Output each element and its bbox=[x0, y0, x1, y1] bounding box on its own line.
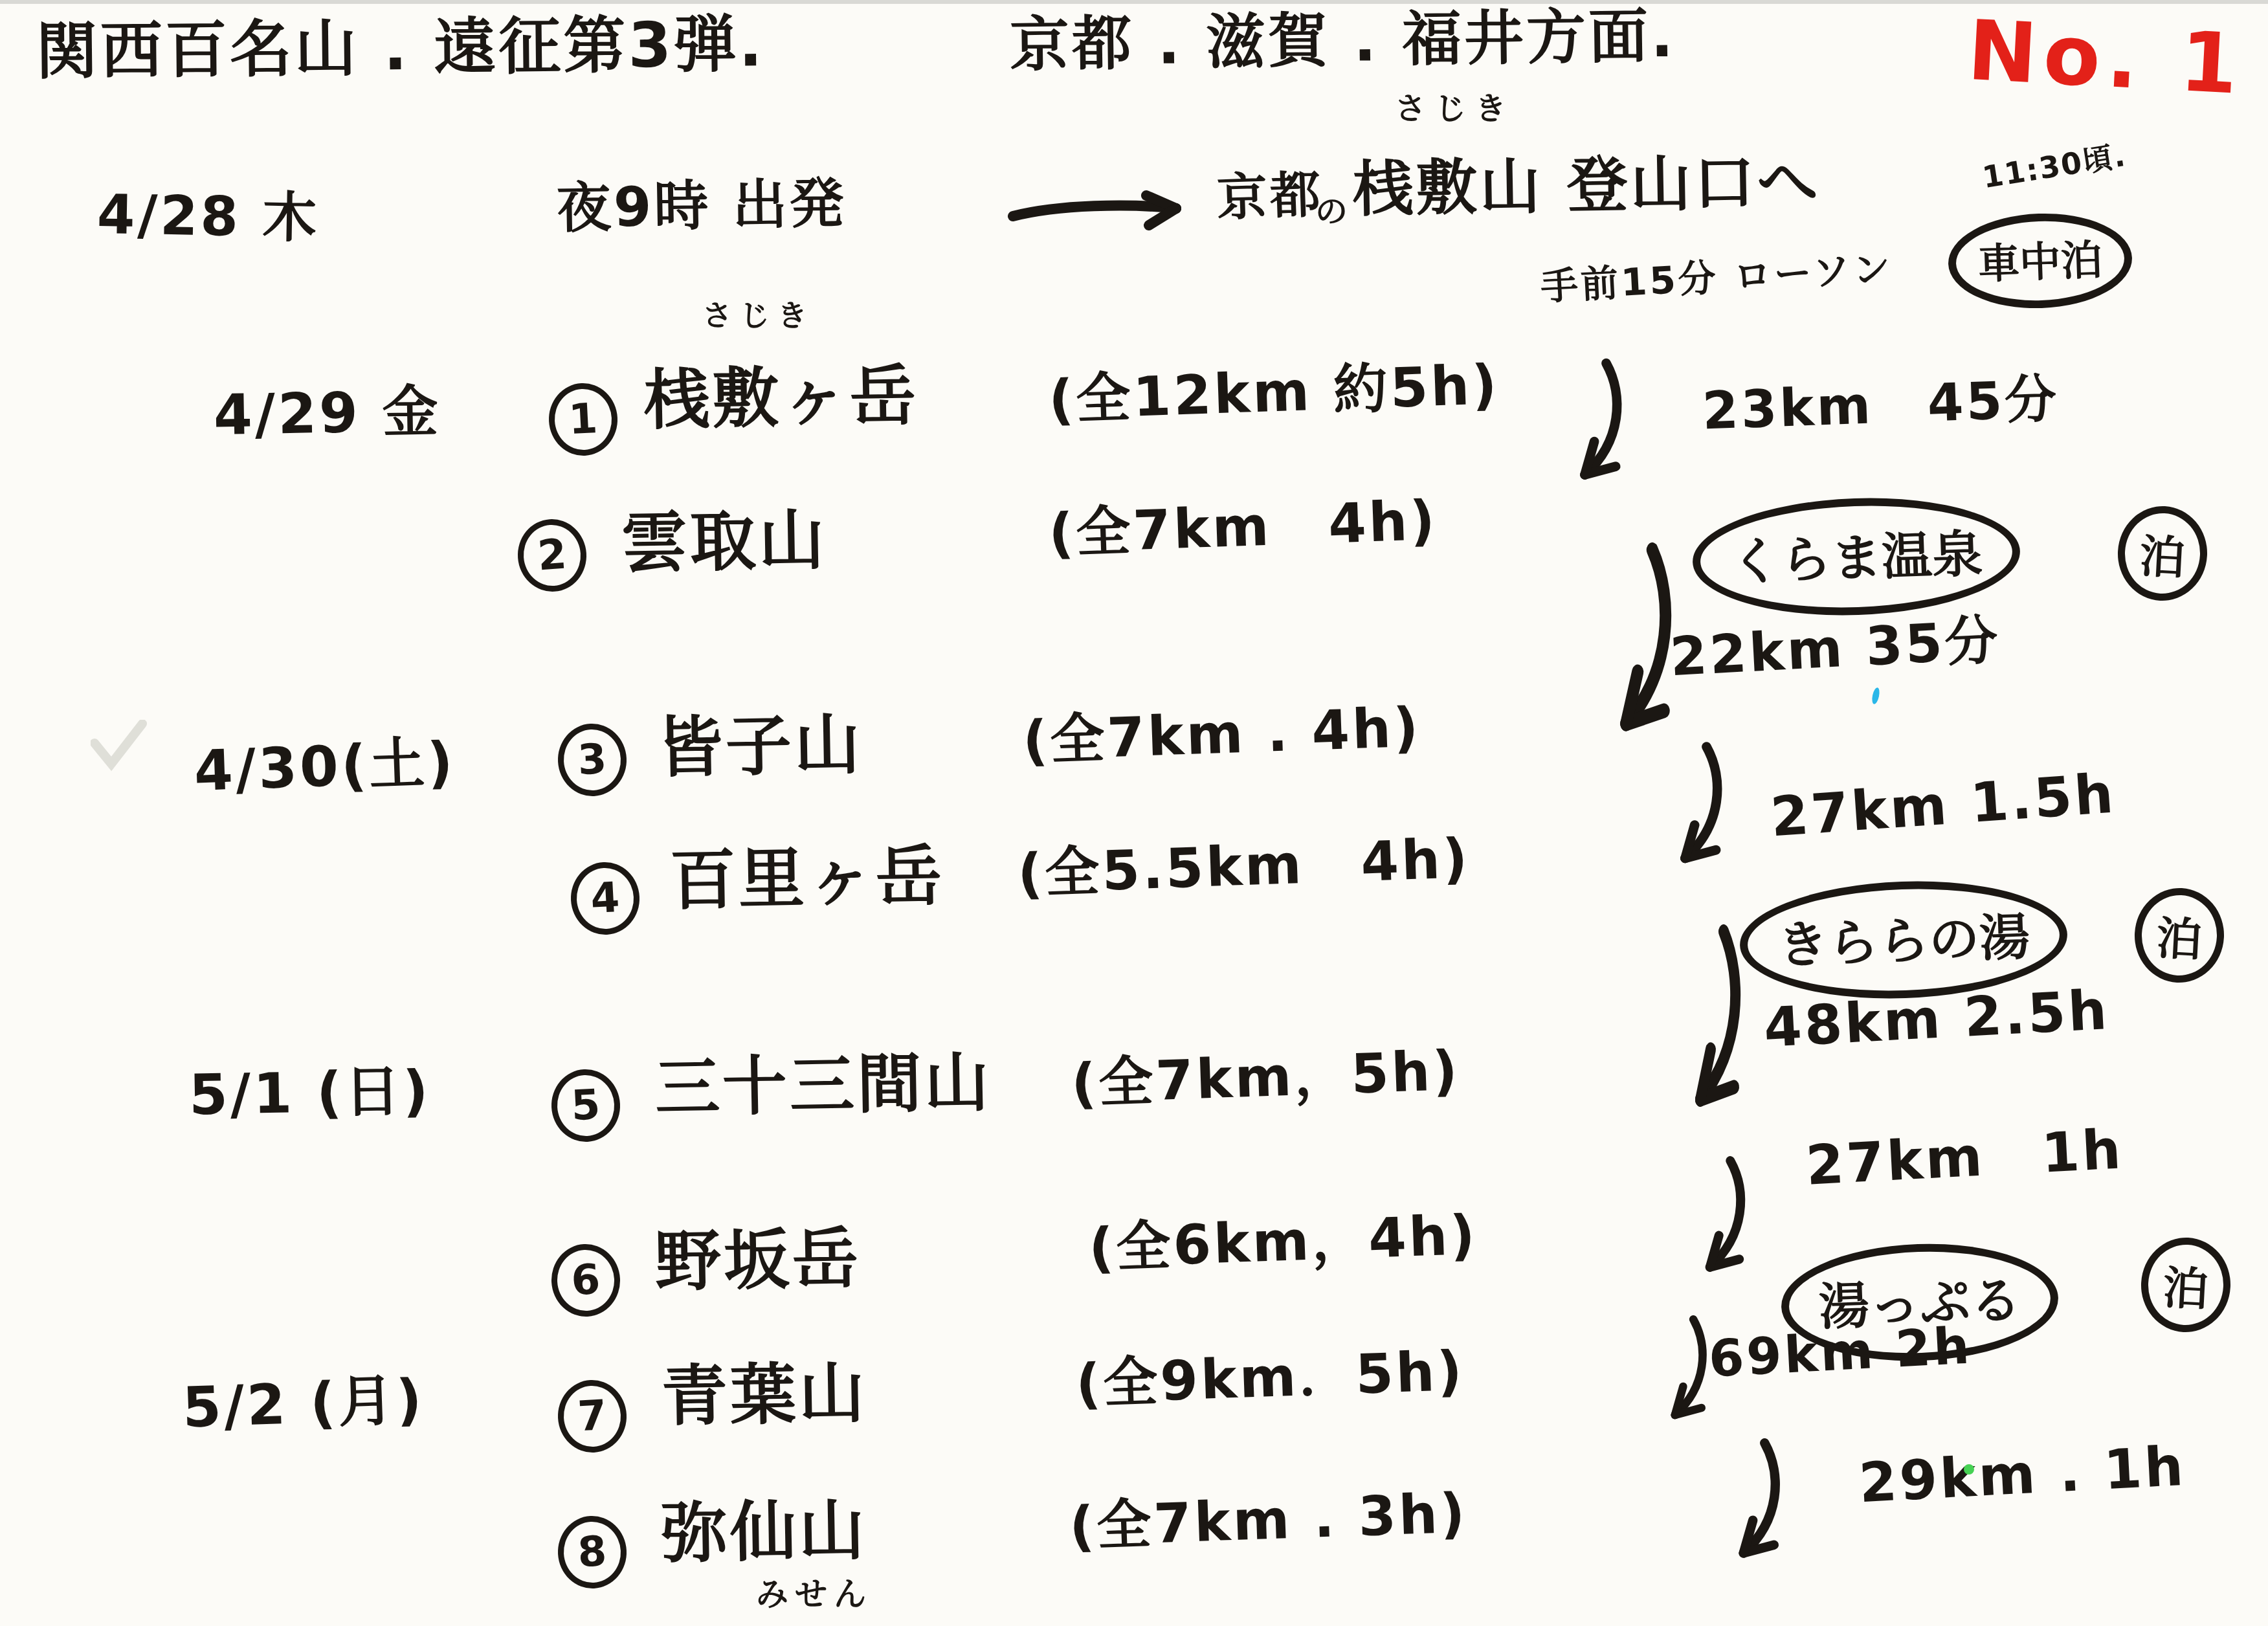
destination-city: 京都 bbox=[1216, 168, 1324, 227]
date-430: 4/30(土) bbox=[193, 732, 456, 803]
departure-note: 夜9時 出発 bbox=[556, 173, 847, 238]
mountain-name-5: 三十三間山 bbox=[654, 1047, 992, 1124]
item-number-8: 8 bbox=[556, 1514, 628, 1590]
curved-arrow-down-icon bbox=[1718, 1438, 1790, 1561]
transfer-5: 27km 1h bbox=[1805, 1119, 2125, 1196]
particle-no: の bbox=[1315, 194, 1350, 230]
mountain-name-7: 青葉山 bbox=[661, 1357, 868, 1434]
mountain-spec-4: (全5.5km 4h) bbox=[1017, 829, 1471, 904]
mountain-name-2: 雲取山 bbox=[621, 504, 828, 581]
mountain-spec-1: (全12km 約5h) bbox=[1048, 355, 1500, 430]
scan-edge bbox=[0, 0, 2268, 4]
mountain-spec-3: (全7km . 4h) bbox=[1022, 697, 1422, 771]
stay-mark-3: 泊 bbox=[2139, 1235, 2232, 1334]
furigana-sajiki-header: さじき bbox=[1395, 92, 1515, 126]
smudge-mark bbox=[91, 720, 149, 772]
mountain-name-8: 弥仙山 bbox=[661, 1495, 868, 1571]
mountain-name-1: 桟敷ヶ岳 bbox=[643, 360, 919, 438]
transfer-4: 48km 2.5h bbox=[1762, 980, 2111, 1058]
mountain-name-3: 皆子山 bbox=[656, 709, 863, 785]
date-51: 5/1 (日) bbox=[188, 1061, 431, 1126]
item-number-6: 6 bbox=[550, 1242, 622, 1318]
transfer-3: 27km 1.5h bbox=[1768, 763, 2117, 847]
item-number-5: 5 bbox=[550, 1067, 622, 1143]
onsen-badge-kurama: くらま温泉 bbox=[1691, 493, 2022, 621]
item-number-3: 3 bbox=[556, 722, 628, 797]
mountain-spec-2: (全7km 4h) bbox=[1048, 491, 1439, 564]
item-number-7: 7 bbox=[556, 1378, 628, 1454]
furigana-sajiki-item1: さじき bbox=[702, 299, 815, 332]
curved-arrow-down-icon bbox=[1560, 356, 1631, 485]
stray-green-mark bbox=[1964, 1464, 1974, 1475]
item-number-8-label: 8 bbox=[577, 1528, 608, 1577]
mountain-name-4: 百里ヶ岳 bbox=[669, 840, 945, 918]
page-subtitle-region: 京都 . 滋賀 . 福井方面. bbox=[1009, 3, 1676, 78]
item-number-2: 2 bbox=[515, 517, 589, 594]
item-number-6-label: 6 bbox=[570, 1256, 601, 1305]
item-number-5-label: 5 bbox=[570, 1081, 601, 1130]
transfer-7: 29km . 1h bbox=[1858, 1436, 2187, 1513]
mountain-spec-8: (全7km . 3h) bbox=[1069, 1483, 1469, 1557]
transfer-6: 69km 2h bbox=[1707, 1319, 1973, 1388]
curved-arrow-down-icon bbox=[1595, 542, 1683, 737]
date-428: 4/28 木 bbox=[96, 184, 320, 248]
page-number: No. 1 bbox=[1966, 6, 2247, 111]
item-number-4: 4 bbox=[569, 860, 641, 936]
trailhead-name: 桟敷山 登山口へ bbox=[1352, 149, 1821, 224]
date-52: 5/2 (月) bbox=[181, 1370, 425, 1440]
transfer-1: 23km 45分 bbox=[1702, 370, 2060, 440]
stay-mark-2: 泊 bbox=[2132, 885, 2226, 985]
mountain-spec-5: (全7km，5h) bbox=[1071, 1041, 1462, 1114]
item-number-7-label: 7 bbox=[577, 1392, 608, 1441]
transfer-2: 22km 35分 bbox=[1669, 612, 2002, 687]
page-title: 関西百名山 . 遠征第3弾. bbox=[35, 10, 765, 86]
stay-mark-1: 泊 bbox=[2115, 504, 2209, 603]
item-number-3-label: 3 bbox=[577, 735, 608, 785]
date-429: 4/29 金 bbox=[213, 381, 441, 447]
mountain-name-6: 野坂岳 bbox=[654, 1223, 862, 1299]
furigana-misen: みせん bbox=[756, 1577, 873, 1612]
overnight-car-badge: 車中泊 bbox=[1947, 210, 2134, 311]
notebook-page: 関西百名山 . 遠征第3弾. 京都 . 滋賀 . 福井方面. No. 1 4/2… bbox=[0, 0, 2268, 1626]
item-number-4-label: 4 bbox=[590, 874, 621, 923]
convenience-store-note: 手前15分 ローソン bbox=[1540, 249, 1894, 308]
mountain-spec-7: (全9km．5h) bbox=[1075, 1341, 1466, 1414]
curved-arrow-down-icon bbox=[1686, 1151, 1754, 1280]
item-number-1: 1 bbox=[547, 381, 619, 457]
stray-cyan-mark bbox=[1871, 687, 1880, 705]
arrival-time: 11:30頃. bbox=[1980, 139, 2128, 194]
item-number-2-label: 2 bbox=[536, 531, 568, 581]
curved-arrow-down-icon bbox=[1652, 1315, 1717, 1422]
curved-arrow-down-icon bbox=[1660, 738, 1731, 871]
item-number-1-label: 1 bbox=[568, 395, 599, 444]
curved-arrow-down-icon bbox=[1673, 924, 1751, 1112]
mountain-spec-6: (全6km，4h) bbox=[1088, 1205, 1479, 1278]
right-arrow-icon bbox=[1006, 183, 1188, 234]
